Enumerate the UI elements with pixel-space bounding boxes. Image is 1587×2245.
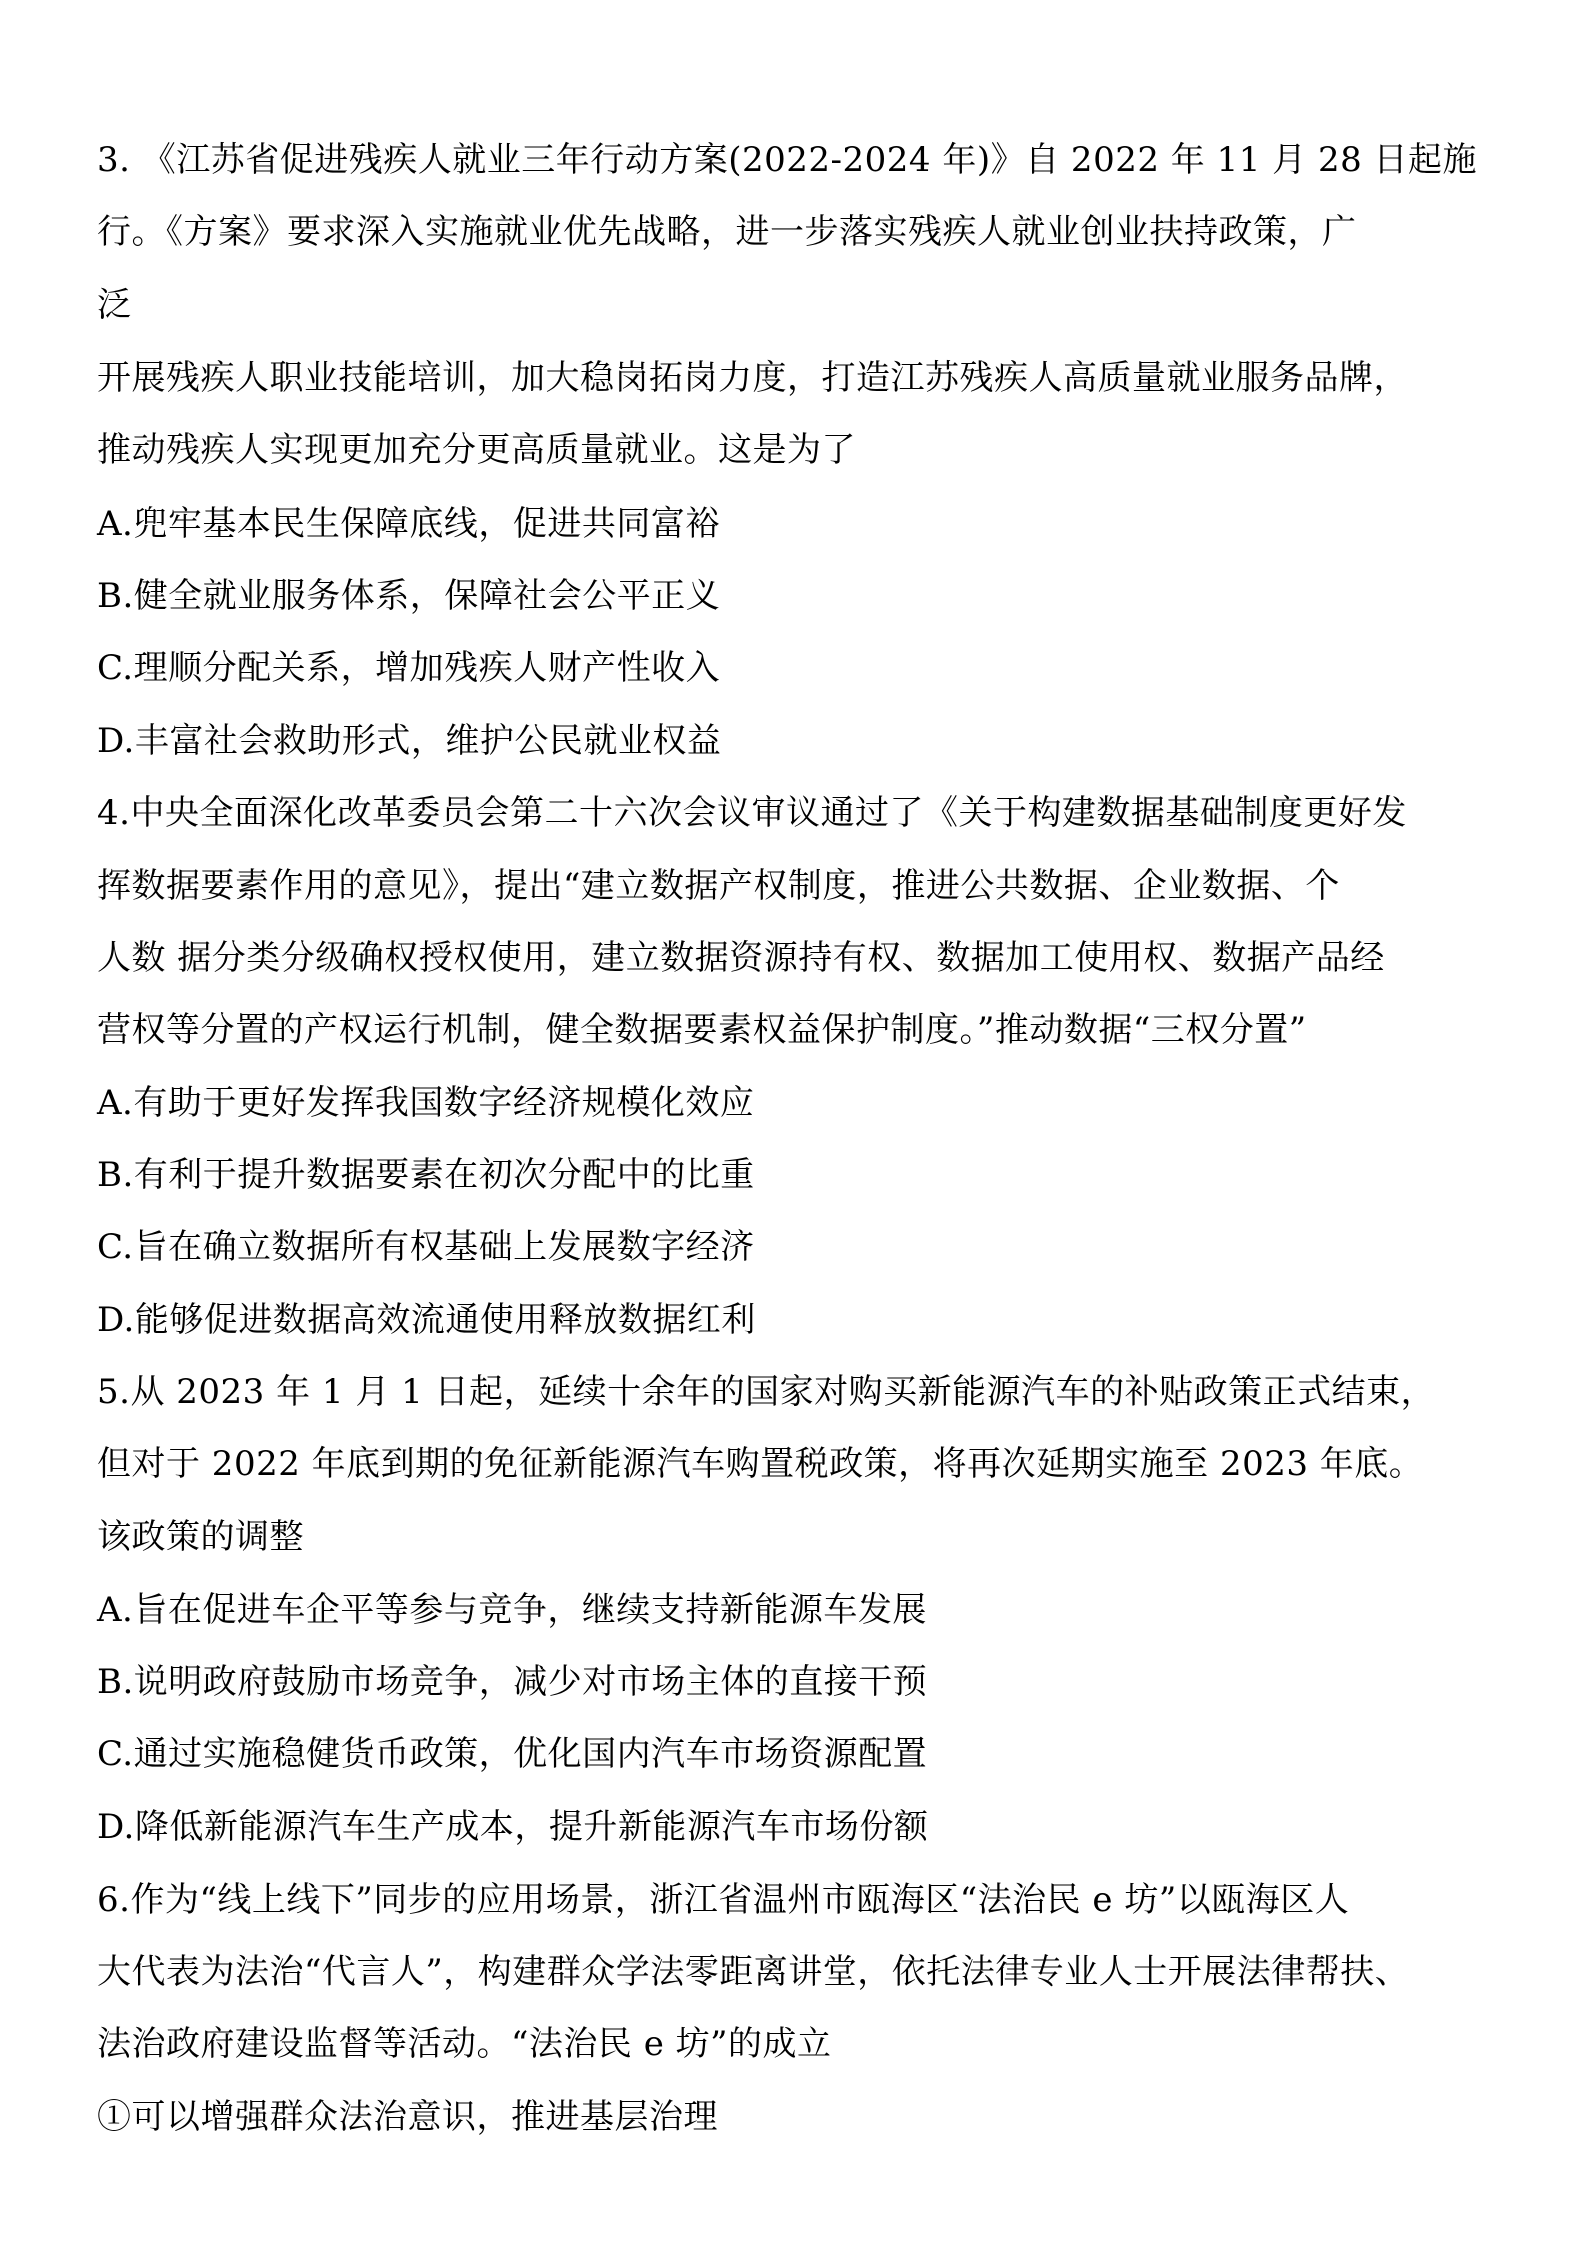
q3-stem-line-5: 推动残疾人实现更加充分更高质量就业。这是为了 <box>97 420 856 480</box>
q5-option-c: C.通过实施稳健货币政策，优化国内汽车市场资源配置 <box>97 1724 927 1784</box>
q6-stem-line-1: 6.作为“线上线下”同步的应用场景，浙江省温州市瓯海区“法治民 e 坊”以瓯海区… <box>97 1870 1349 1930</box>
q4-stem-line-2: 挥数据要素作用的意见》，提出“建立数据产权制度，推进公共数据、企业数据、个 <box>97 856 1340 916</box>
q4-option-a: A.有助于更好发挥我国数字经济规模化效应 <box>97 1073 754 1133</box>
q3-stem-line-4: 开展残疾人职业技能培训，加大稳岗拓岗力度，打造江苏残疾人高质量就业服务品牌， <box>97 348 1408 408</box>
q4-stem-line-1: 4.中央全面深化改革委员会第二十六次会议审议通过了《关于构建数据基础制度更好发 <box>97 783 1407 843</box>
q5-stem-line-2: 但对于 2022 年底到期的免征新能源汽车购置税政策，将再次延期实施至 2023… <box>97 1434 1423 1494</box>
q5-stem-line-3: 该政策的调整 <box>97 1507 304 1567</box>
exam-page: 3. 《江苏省促进残疾人就业三年行动方案(2022-2024 年)》自 2022… <box>0 0 1587 2245</box>
q6-option-1: ①可以增强群众法治意识，推进基层治理 <box>97 2087 718 2147</box>
q3-stem-line-3: 泛 <box>97 275 132 335</box>
q6-stem-line-2: 大代表为法治“代言人”，构建群众学法零距离讲堂，依托法律专业人士开展法律帮扶、 <box>97 1942 1409 2002</box>
q6-stem-line-3: 法治政府建设监督等活动。“法治民 e 坊”的成立 <box>97 2014 832 2074</box>
q4-option-d: D.能够促进数据高效流通使用释放数据红利 <box>97 1290 756 1350</box>
q4-stem-line-4: 营权等分置的产权运行机制，健全数据要素权益保护制度。”推动数据“三权分置” <box>97 1000 1307 1060</box>
q4-option-b: B.有利于提升数据要素在初次分配中的比重 <box>97 1145 755 1205</box>
q5-stem-line-1: 5.从 2023 年 1 月 1 日起，延续十余年的国家对购买新能源汽车的补贴政… <box>97 1362 1435 1422</box>
q5-option-a: A.旨在促进车企平等参与竞争，继续支持新能源车发展 <box>97 1580 927 1640</box>
q4-option-c: C.旨在确立数据所有权基础上发展数字经济 <box>97 1217 755 1277</box>
q3-option-b: B.健全就业服务体系，保障社会公平正义 <box>97 566 720 626</box>
q3-option-c: C.理顺分配关系，增加残疾人财产性收入 <box>97 638 720 698</box>
q5-option-b: B.说明政府鼓励市场竞争，减少对市场主体的直接干预 <box>97 1652 927 1712</box>
q5-option-d: D.降低新能源汽车生产成本，提升新能源汽车市场份额 <box>97 1797 928 1857</box>
q3-stem-line-1: 3. 《江苏省促进残疾人就业三年行动方案(2022-2024 年)》自 2022… <box>97 130 1477 190</box>
q3-option-d: D.丰富社会救助形式，维护公民就业权益 <box>97 711 721 771</box>
q4-stem-line-3: 人数 据分类分级确权授权使用，建立数据资源持有权、数据加工使用权、数据产品经 <box>97 928 1385 988</box>
q3-stem-line-2: 行。《方案》要求深入实施就业优先战略，进一步落实残疾人就业创业扶持政策，广 <box>97 202 1357 262</box>
q3-option-a: A.兜牢基本民生保障底线，促进共同富裕 <box>97 494 720 554</box>
